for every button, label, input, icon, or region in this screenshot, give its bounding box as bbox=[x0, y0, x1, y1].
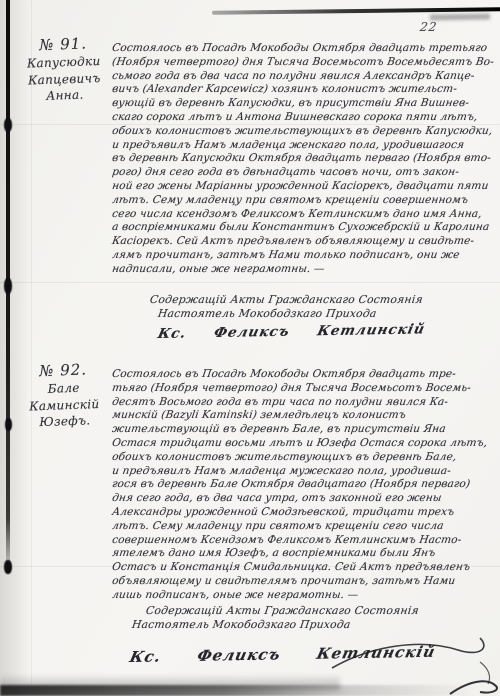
record-body-entry-91: Состоялось въ Посадѣ Мокободы Октября дв… bbox=[112, 42, 500, 277]
record-line: а воспріемниками были Константинъ Сухоже… bbox=[111, 221, 500, 235]
record-line: Состоялось въ Посадѣ Мокободы Октября дв… bbox=[111, 368, 500, 382]
record-line: обоихъ колонистовъ жительствующихъ въ де… bbox=[111, 451, 500, 465]
record-line: лѣтъ. Сему младенцу при святомъ крещеніи… bbox=[111, 194, 500, 208]
record-line: совершенномъ Ксендзомъ Феликсомъ Кетлинс… bbox=[111, 534, 500, 548]
margin-surname: Капцевичъ bbox=[14, 69, 115, 89]
signature-flourish bbox=[330, 628, 500, 696]
record-line: ной его жены Маріанны урожденной Касіоре… bbox=[111, 180, 500, 194]
record-line: и предъявилъ Намъ младенца женскаго пола… bbox=[111, 139, 500, 153]
margin-surname: Каминскій bbox=[14, 395, 115, 415]
registrar-title-line: Настоятель Мокободзкаго Прихода bbox=[157, 307, 377, 320]
record-line: Остася тридцати восьми лѣтъ и Юзефа Оста… bbox=[111, 437, 500, 451]
margin-annotation-entry-92: № 92. Бале Каминскій Юзефъ. bbox=[13, 359, 115, 432]
record-line: Остасъ и Констанція Смидальницка. Сей Ак… bbox=[111, 561, 500, 575]
registrar-title-line: Содержащій Акты Гражданскаго Состоянія bbox=[145, 604, 420, 617]
record-line: минскій (Bazyli Kaminski) земледѣлецъ ко… bbox=[111, 409, 500, 423]
scanned-register-page: 22 № 91. Капусюдки Капцевичъ Анна. Состо… bbox=[0, 0, 500, 696]
registrar-title-line: Содержащій Акты Гражданскаго Состоянія bbox=[149, 293, 424, 306]
record-line: рого) дня сего года въ двѣнадцать часовъ… bbox=[111, 166, 500, 180]
margin-given-name: Юзефъ. bbox=[15, 411, 116, 431]
record-line: десятъ Восьмого года въ три часа по полу… bbox=[111, 396, 500, 410]
binding-blob-artifact bbox=[4, 118, 12, 132]
record-line: объявляющему и свидѣтелямъ прочитанъ, за… bbox=[111, 575, 500, 589]
paper-crease bbox=[0, 282, 500, 283]
record-line: лѣтъ. Сему младенцу при святомъ крещеніи… bbox=[111, 520, 500, 534]
record-line: въ деревнѣ Капусюдки Октября двадцать пе… bbox=[111, 152, 500, 166]
record-line: сьмого года въ два часа по полудни явилс… bbox=[111, 70, 500, 84]
record-line: Состоялось въ Посадѣ Мокободы Октября дв… bbox=[111, 42, 500, 56]
record-line: дня сего года, въ два часа утра, отъ зак… bbox=[111, 492, 500, 506]
margin-annotation-entry-91: № 91. Капусюдки Капцевичъ Анна. bbox=[13, 33, 115, 106]
page-number: 22 bbox=[419, 20, 438, 34]
scan-smudge-artifact bbox=[430, 13, 490, 20]
record-line: Касіорекъ. Сей Актъ предъявленъ объявляю… bbox=[111, 235, 500, 249]
record-line: вичъ (Alexander Kapcewicz) хозяинъ колон… bbox=[111, 83, 500, 97]
record-line: надписали, оные же неграмотны. — bbox=[111, 263, 500, 277]
record-line: и предъявилъ Намъ младенца мужескаго пол… bbox=[111, 465, 500, 479]
binding-blob-artifact bbox=[5, 418, 12, 431]
record-line: жительствующій въ деревнѣ Бале, въ прису… bbox=[111, 423, 500, 437]
record-line: лишь подписанъ, оные же неграмотны. — bbox=[111, 589, 500, 603]
registrar-title-line: Настоятель Мокободзкаго Прихода bbox=[131, 618, 351, 631]
priest-signature: Кс. Феликсъ Кетлинскій bbox=[156, 321, 427, 342]
record-body-entry-92: Состоялось въ Посадѣ Мокободы Октября дв… bbox=[112, 368, 500, 603]
binding-blob-artifact bbox=[4, 560, 12, 574]
record-line: вующій въ деревнѣ Капусюдки, въ присутст… bbox=[111, 97, 500, 111]
record-line: ятелемъ дано имя Юзефъ, а воспріемниками… bbox=[111, 547, 500, 561]
record-line: сего числа ксендзомъ Феликсомъ Кетлински… bbox=[111, 208, 500, 222]
record-line: скаго сорока лѣтъ и Антона Вишневскаго с… bbox=[111, 111, 500, 125]
margin-given-name: Анна. bbox=[15, 85, 116, 105]
record-line: обоихъ колонистовъ жительствующихъ въ де… bbox=[111, 125, 500, 139]
binding-blob-artifact bbox=[4, 278, 12, 294]
record-line: Александры урожденной Смодзѣевской, трид… bbox=[111, 506, 500, 520]
record-line: гося въ деревнѣ Бале Октября двадцатаго … bbox=[111, 478, 500, 492]
record-line: (Ноября четвертого) дня Тысяча Восемьсот… bbox=[111, 56, 500, 70]
record-line: тьяго (Ноября четвертого) дня Тысяча Вос… bbox=[111, 382, 500, 396]
record-line: лямъ прочитанъ, затѣмъ Нами только подпи… bbox=[111, 249, 500, 263]
